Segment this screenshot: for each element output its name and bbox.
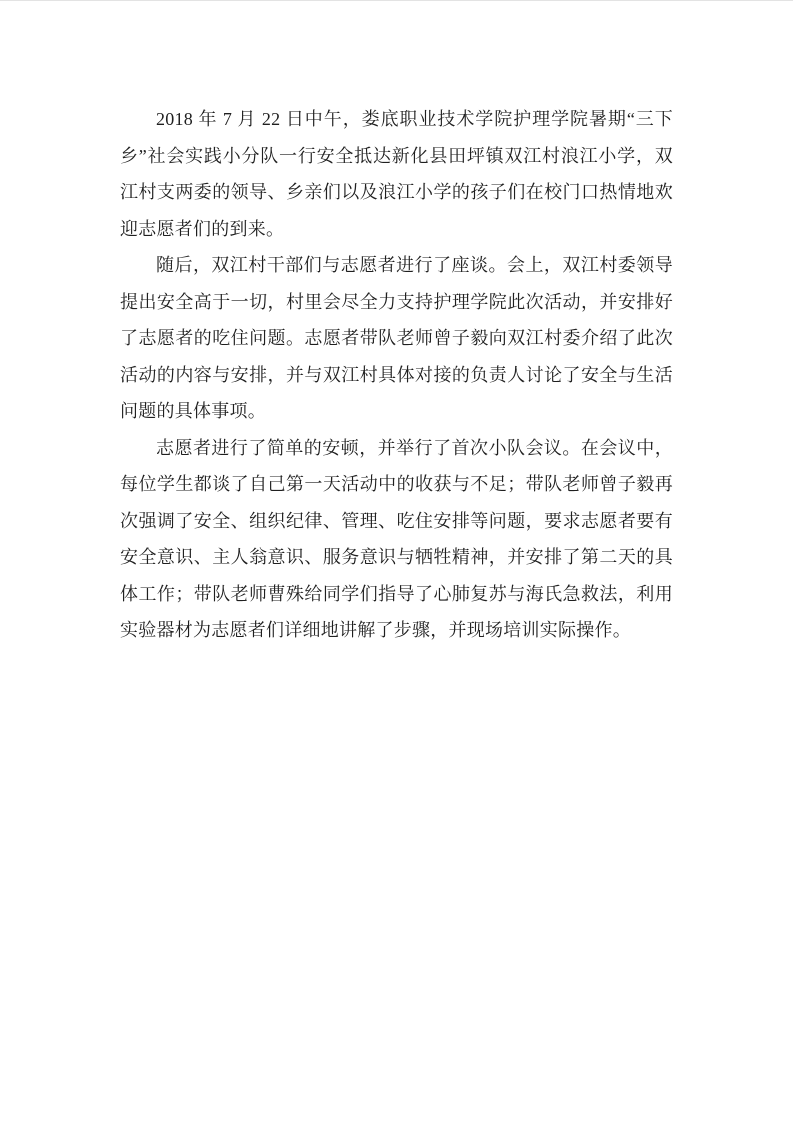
paragraph-meeting: 随后，双江村干部们与志愿者进行了座谈。会上，双江村委领导提出安全高于一切，村里会… [120, 247, 673, 430]
document-page: 2018 年 7 月 22 日中午，娄底职业技术学院护理学院暑期“三下乡”社会实… [0, 0, 793, 1122]
document-text-body: 2018 年 7 月 22 日中午，娄底职业技术学院护理学院暑期“三下乡”社会实… [120, 101, 673, 649]
paragraph-arrival: 2018 年 7 月 22 日中午，娄底职业技术学院护理学院暑期“三下乡”社会实… [120, 101, 673, 247]
paragraph-team-session: 志愿者进行了简单的安顿，并举行了首次小队会议。在会议中，每位学生都谈了自己第一天… [120, 430, 673, 649]
